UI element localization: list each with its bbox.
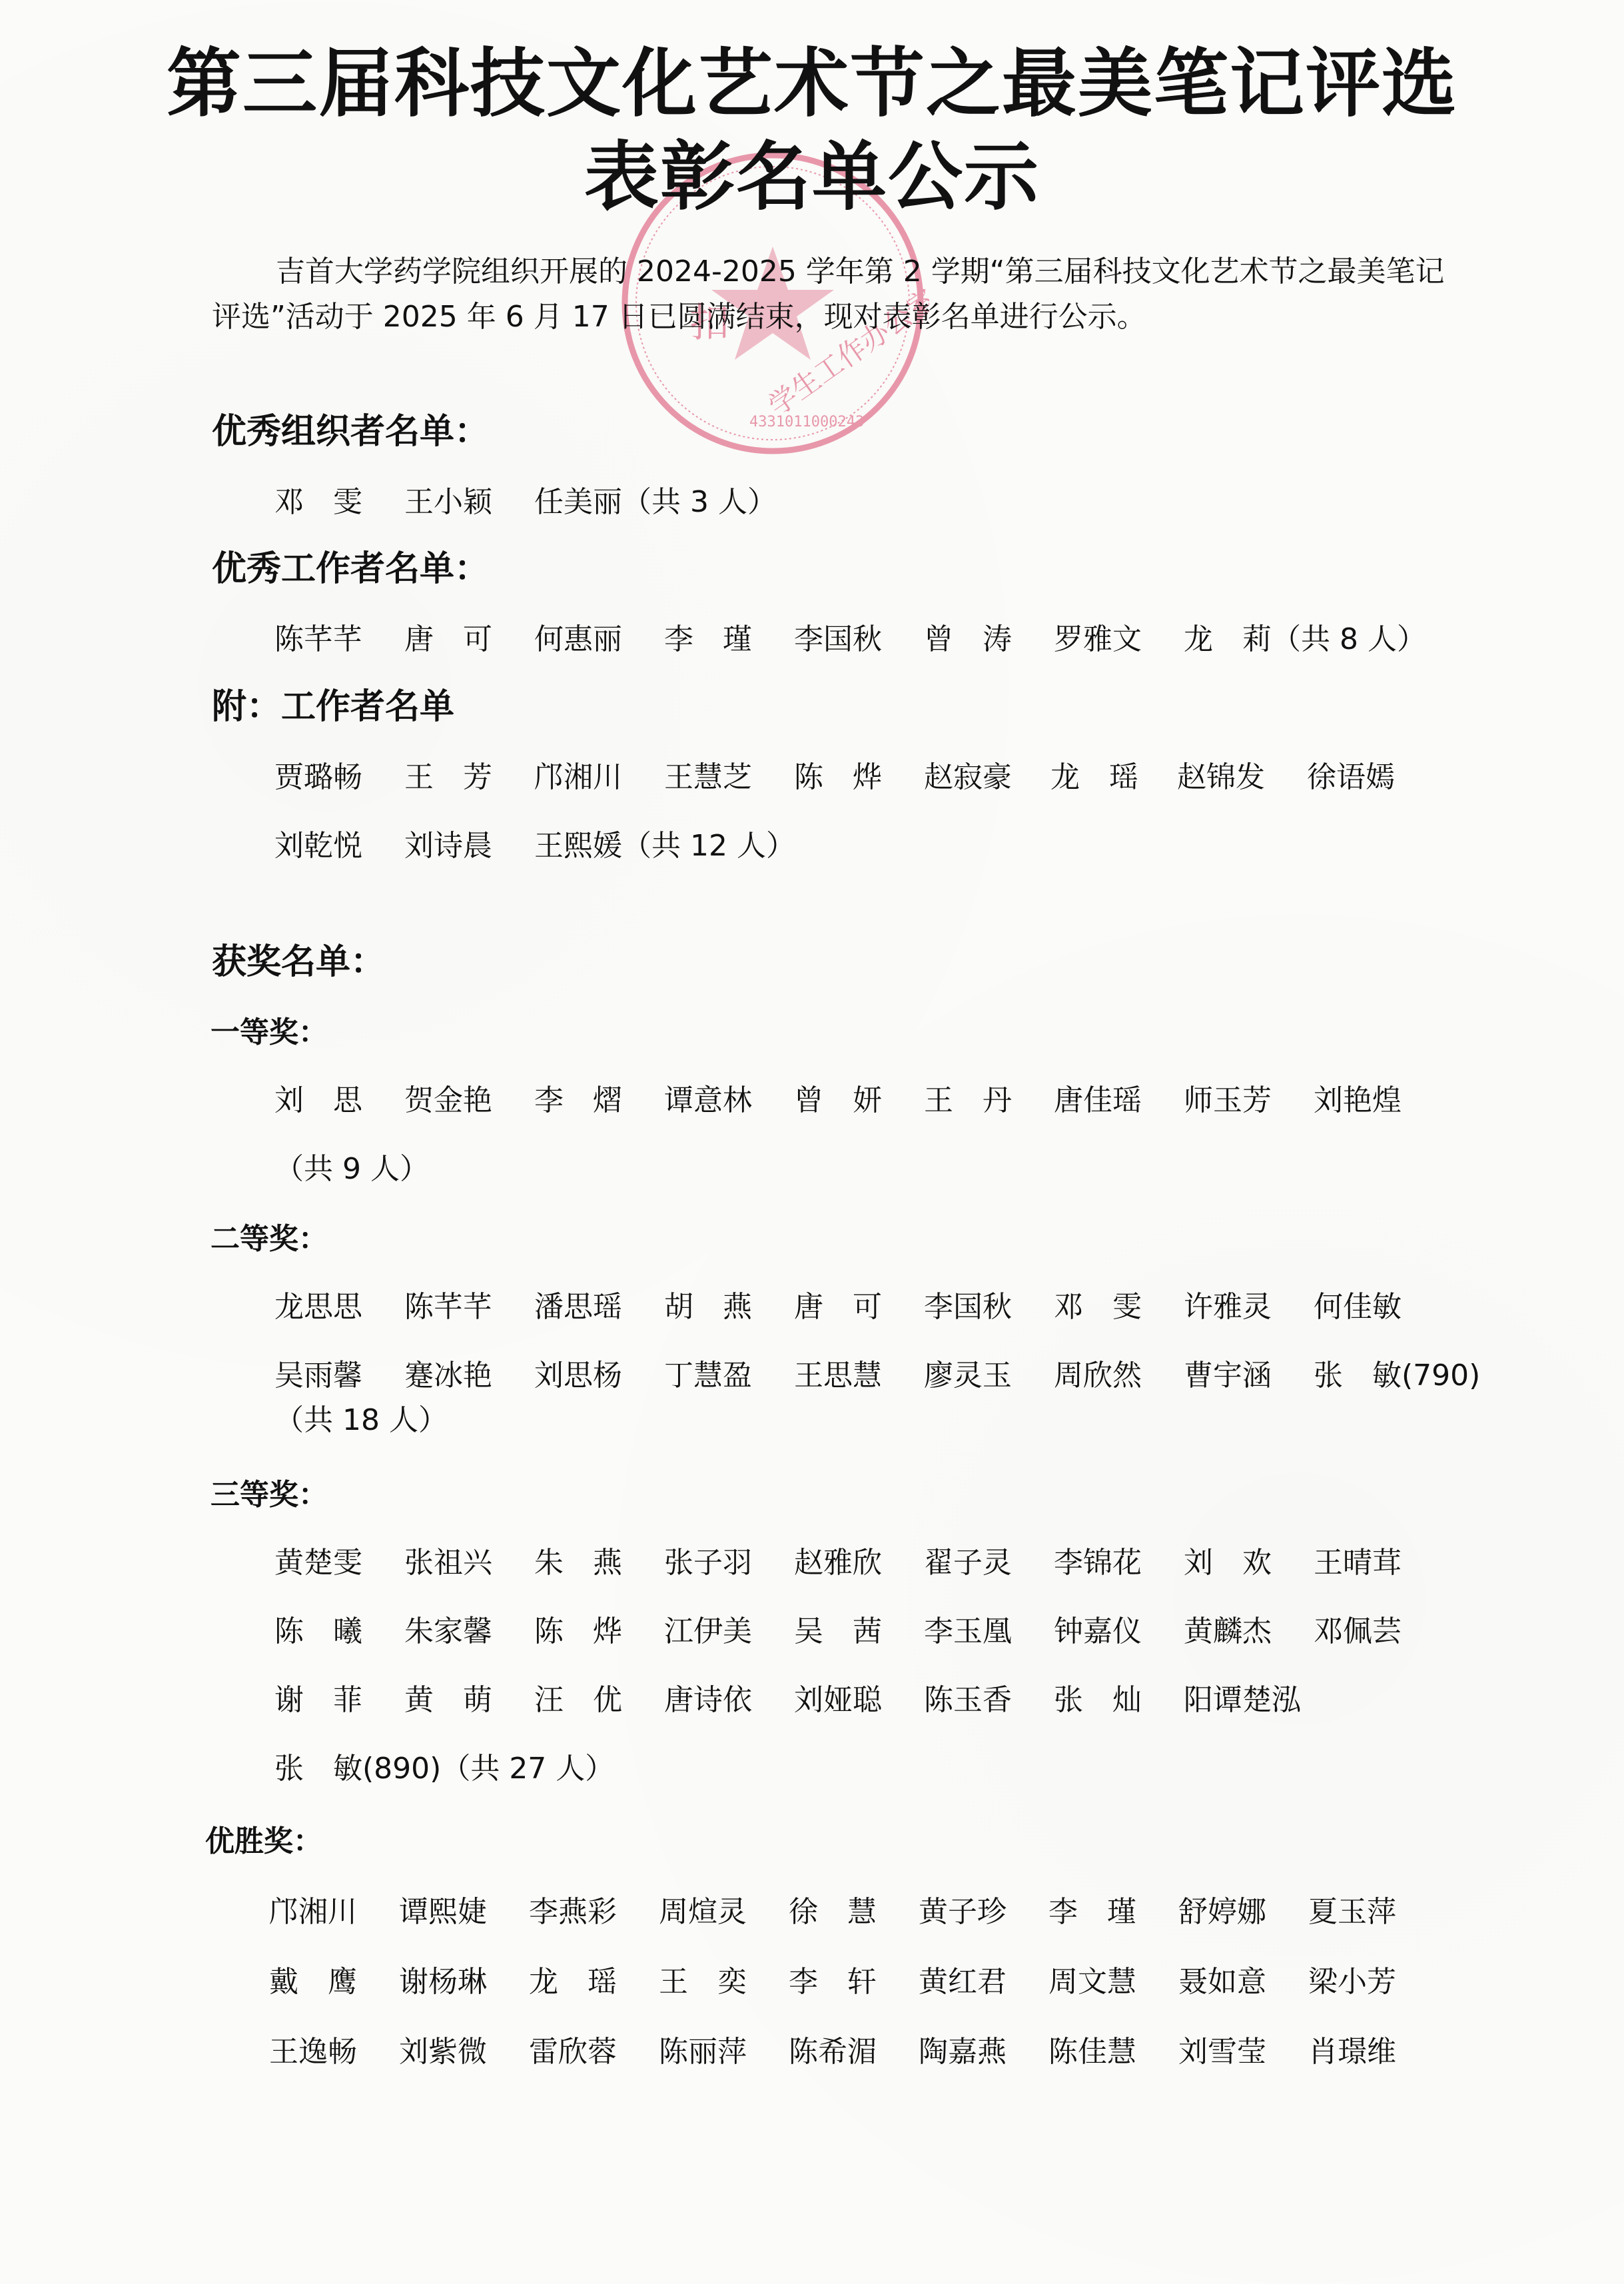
name-item: 肖璟维 bbox=[1308, 2037, 1438, 2067]
name-item: 聂如意 bbox=[1178, 1968, 1308, 1997]
name-item: 邓 雯 bbox=[274, 488, 404, 517]
name-item: 刘雪莹 bbox=[1178, 2037, 1308, 2067]
name-item: 蹇冰艳 bbox=[404, 1361, 534, 1391]
name-item: 张子羽 bbox=[664, 1548, 794, 1578]
name-item: 周煊灵 bbox=[659, 1898, 789, 1927]
name-item: 陈 烨 bbox=[794, 763, 924, 792]
name-item: 赵寂豪 bbox=[924, 763, 1050, 792]
name-item: 陈芊芊 bbox=[404, 1293, 534, 1322]
name-item: 龙思思 bbox=[274, 1293, 404, 1322]
name-item: 刘艳煌 bbox=[1314, 1086, 1443, 1115]
name-item: 曹宇涵 bbox=[1184, 1361, 1314, 1391]
name-item: 李国秋 bbox=[924, 1293, 1054, 1322]
merit-prize-row-3: 王逸畅 刘紫微 雷欣蓉 陈丽萍 陈希湄 陶嘉燕 陈佳慧 刘雪莹 肖璟维 bbox=[269, 2037, 1438, 2067]
name-item: 王小颖 bbox=[404, 488, 534, 517]
name-item: 张 敏(890) bbox=[274, 1754, 441, 1784]
name-item: 梁小芳 bbox=[1308, 1968, 1438, 1997]
name-item: 王 芳 bbox=[404, 763, 534, 792]
merit-prize-row-1: 邝湘川 谭熙婕 李燕彩 周煊灵 徐 慧 黄子珍 李 瑾 舒婷娜 夏玉萍 bbox=[269, 1898, 1438, 1927]
name-item: 胡 燕 bbox=[664, 1293, 794, 1322]
second-prize-count: （共 18 人） bbox=[274, 1406, 448, 1435]
name-item: 丁慧盈 bbox=[664, 1361, 794, 1391]
name-item: 江伊美 bbox=[664, 1617, 794, 1646]
name-item: 周文慧 bbox=[1048, 1968, 1178, 1997]
name-item: 徐 慧 bbox=[789, 1898, 919, 1927]
name-item: 邓佩芸 bbox=[1314, 1617, 1443, 1646]
organizers-count: （共 3 人） bbox=[622, 488, 777, 517]
excellent-workers-heading: 优秀工作者名单： bbox=[212, 552, 489, 586]
name-item: 黄麟杰 bbox=[1184, 1617, 1314, 1646]
name-item: 龙 瑶 bbox=[529, 1968, 659, 1997]
name-item: 汪 优 bbox=[534, 1686, 664, 1715]
name-item: 潘思瑶 bbox=[534, 1293, 664, 1322]
name-item: 黄红君 bbox=[919, 1968, 1048, 1997]
name-item: 龙 莉 bbox=[1184, 625, 1272, 654]
first-prize-count: （共 9 人） bbox=[274, 1155, 429, 1184]
name-item: 李国秋 bbox=[794, 625, 924, 654]
name-item: 谢杨琳 bbox=[399, 1968, 529, 1997]
name-item: 龙 瑶 bbox=[1050, 763, 1177, 792]
name-item: 王思慧 bbox=[794, 1361, 924, 1391]
name-item: 张 敏(790) bbox=[1314, 1361, 1467, 1391]
name-item: 朱家馨 bbox=[404, 1617, 534, 1646]
name-item: 刘 思 bbox=[274, 1086, 404, 1115]
workers-list-count: （共 12 人） bbox=[622, 832, 795, 861]
organizers-heading: 优秀组织者名单： bbox=[212, 414, 489, 449]
name-item: 谢 菲 bbox=[274, 1686, 404, 1715]
name-item: 黄子珍 bbox=[919, 1898, 1048, 1927]
workers-list-row-1: 贾璐畅 王 芳 邝湘川 王慧芝 陈 烨 赵寂豪 龙 瑶 赵锦发 徐语嫣 bbox=[274, 763, 1437, 792]
name-item: 王慧芝 bbox=[664, 763, 794, 792]
name-item: 王晴茸 bbox=[1314, 1548, 1443, 1578]
name-item: 李锦花 bbox=[1054, 1548, 1184, 1578]
name-item: 夏玉萍 bbox=[1308, 1898, 1438, 1927]
name-item: 钟嘉仪 bbox=[1054, 1617, 1184, 1646]
intro-paragraph: 吉首大学药学院组织开展的 2024-2025 学年第 2 学期“第三届科技文化艺… bbox=[212, 249, 1464, 340]
name-item: 李 瑾 bbox=[1048, 1898, 1178, 1927]
organizers-names: 邓 雯 王小颖 任美丽 （共 3 人） bbox=[274, 488, 777, 517]
document-title-line-1: 第三届科技文化艺术节之最美笔记评选 bbox=[0, 47, 1624, 121]
name-item: 雷欣蓉 bbox=[529, 2037, 659, 2067]
name-item: 陈佳慧 bbox=[1048, 2037, 1178, 2067]
name-item: 师玉芳 bbox=[1184, 1086, 1314, 1115]
name-item: 徐语嫣 bbox=[1307, 763, 1437, 792]
name-item: 黄楚雯 bbox=[274, 1548, 404, 1578]
name-item: 王 奕 bbox=[659, 1968, 789, 1997]
name-item: 刘思杨 bbox=[534, 1361, 664, 1391]
name-item: 陈希湄 bbox=[789, 2037, 919, 2067]
name-item: 唐 可 bbox=[404, 625, 534, 654]
first-prize-label: 一等奖： bbox=[210, 1018, 328, 1047]
name-item: 陈芊芊 bbox=[274, 625, 404, 654]
name-item: 黄 萌 bbox=[404, 1686, 534, 1715]
name-item: 陶嘉燕 bbox=[919, 2037, 1048, 2067]
name-item: 曾 妍 bbox=[794, 1086, 924, 1115]
name-item: 张 灿 bbox=[1054, 1686, 1184, 1715]
name-item: 李 瑾 bbox=[664, 625, 794, 654]
name-item: 陈玉香 bbox=[924, 1686, 1054, 1715]
name-item: 王 丹 bbox=[924, 1086, 1054, 1115]
name-item: 谭意林 bbox=[664, 1086, 794, 1115]
name-item: 李 轩 bbox=[789, 1968, 919, 1997]
name-item: 刘娅聪 bbox=[794, 1686, 924, 1715]
name-item: 陈丽萍 bbox=[659, 2037, 789, 2067]
name-item: 赵雅欣 bbox=[794, 1548, 924, 1578]
name-item: 罗雅文 bbox=[1054, 625, 1184, 654]
name-item: 唐 可 bbox=[794, 1293, 924, 1322]
name-item: 刘乾悦 bbox=[274, 832, 404, 861]
name-item: 刘 欢 bbox=[1184, 1548, 1314, 1578]
name-item: 任美丽 bbox=[534, 488, 622, 517]
name-item: 张祖兴 bbox=[404, 1548, 534, 1578]
name-item: 李 熠 bbox=[534, 1086, 664, 1115]
name-item: 贺金艳 bbox=[404, 1086, 534, 1115]
third-prize-row-3: 谢 菲 黄 萌 汪 优 唐诗依 刘娅聪 陈玉香 张 灿 阳谭楚泓 bbox=[274, 1686, 1337, 1715]
third-prize-row-2: 陈 曦 朱家馨 陈 烨 江伊美 吴 茜 李玉凰 钟嘉仪 黄麟杰 邓佩芸 bbox=[274, 1617, 1443, 1646]
svg-text:4331011000243: 4331011000243 bbox=[749, 414, 864, 430]
name-item: 唐佳瑶 bbox=[1054, 1086, 1184, 1115]
name-item: 舒婷娜 bbox=[1178, 1898, 1308, 1927]
third-prize-label: 三等奖： bbox=[210, 1480, 328, 1510]
name-item: 许雅灵 bbox=[1184, 1293, 1314, 1322]
third-prize-row-1: 黄楚雯 张祖兴 朱 燕 张子羽 赵雅欣 翟子灵 李锦花 刘 欢 王晴茸 bbox=[274, 1548, 1443, 1578]
name-item: 何佳敏 bbox=[1314, 1293, 1443, 1322]
name-item: 朱 燕 bbox=[534, 1548, 664, 1578]
name-item: 廖灵玉 bbox=[924, 1361, 1054, 1391]
second-prize-label: 二等奖： bbox=[210, 1225, 328, 1254]
name-item: 陈 烨 bbox=[534, 1617, 664, 1646]
excellent-workers-count: （共 8 人） bbox=[1272, 625, 1426, 654]
name-item: 邝湘川 bbox=[534, 763, 664, 792]
merit-prize-label: 优胜奖： bbox=[205, 1827, 322, 1856]
merit-prize-row-2: 戴 鹰 谢杨琳 龙 瑶 王 奕 李 轩 黄红君 周文慧 聂如意 梁小芳 bbox=[269, 1968, 1438, 1997]
name-item: 邝湘川 bbox=[269, 1898, 399, 1927]
excellent-workers-names: 陈芊芊 唐 可 何惠丽 李 瑾 李国秋 曾 涛 罗雅文 龙 莉 （共 8 人） bbox=[274, 625, 1426, 654]
name-item: 贾璐畅 bbox=[274, 763, 404, 792]
name-item: 刘紫微 bbox=[399, 2037, 529, 2067]
name-item: 刘诗晨 bbox=[404, 832, 534, 861]
name-item: 阳谭楚泓 bbox=[1184, 1686, 1337, 1715]
name-item: 王熙媛 bbox=[534, 832, 622, 861]
name-item: 谭熙婕 bbox=[399, 1898, 529, 1927]
name-item: 曾 涛 bbox=[924, 625, 1054, 654]
name-item: 戴 鹰 bbox=[269, 1968, 399, 1997]
document-page: 扣 4331011000243 学生工作办公室 第三届科技文化艺术节之最美笔记评… bbox=[0, 0, 1624, 2284]
name-item: 王逸畅 bbox=[269, 2037, 399, 2067]
awards-heading: 获奖名单： bbox=[212, 945, 385, 979]
name-item: 陈 曦 bbox=[274, 1617, 404, 1646]
third-prize-row-4: 张 敏(890) （共 27 人） bbox=[274, 1754, 614, 1784]
name-item: 李玉凰 bbox=[924, 1617, 1054, 1646]
name-item: 唐诗依 bbox=[664, 1686, 794, 1715]
second-prize-row-2: 吴雨馨 蹇冰艳 刘思杨 丁慧盈 王思慧 廖灵玉 周欣然 曹宇涵 张 敏(790) bbox=[274, 1361, 1467, 1391]
name-item: 赵锦发 bbox=[1177, 763, 1307, 792]
second-prize-row-1: 龙思思 陈芊芊 潘思瑶 胡 燕 唐 可 李国秋 邓 雯 许雅灵 何佳敏 bbox=[274, 1293, 1443, 1322]
name-item: 何惠丽 bbox=[534, 625, 664, 654]
workers-list-heading: 附：工作者名单 bbox=[212, 690, 454, 724]
first-prize-row-1: 刘 思 贺金艳 李 熠 谭意林 曾 妍 王 丹 唐佳瑶 师玉芳 刘艳煌 bbox=[274, 1086, 1443, 1115]
name-item: 吴雨馨 bbox=[274, 1361, 404, 1391]
document-title-line-2: 表彰名单公示 bbox=[0, 140, 1624, 215]
name-item: 吴 茜 bbox=[794, 1617, 924, 1646]
third-prize-count: （共 27 人） bbox=[441, 1754, 614, 1784]
workers-list-row-2: 刘乾悦 刘诗晨 王熙媛 （共 12 人） bbox=[274, 832, 795, 861]
name-item: 邓 雯 bbox=[1054, 1293, 1184, 1322]
name-item: 周欣然 bbox=[1054, 1361, 1184, 1391]
name-item: 李燕彩 bbox=[529, 1898, 659, 1927]
name-item: 翟子灵 bbox=[924, 1548, 1054, 1578]
